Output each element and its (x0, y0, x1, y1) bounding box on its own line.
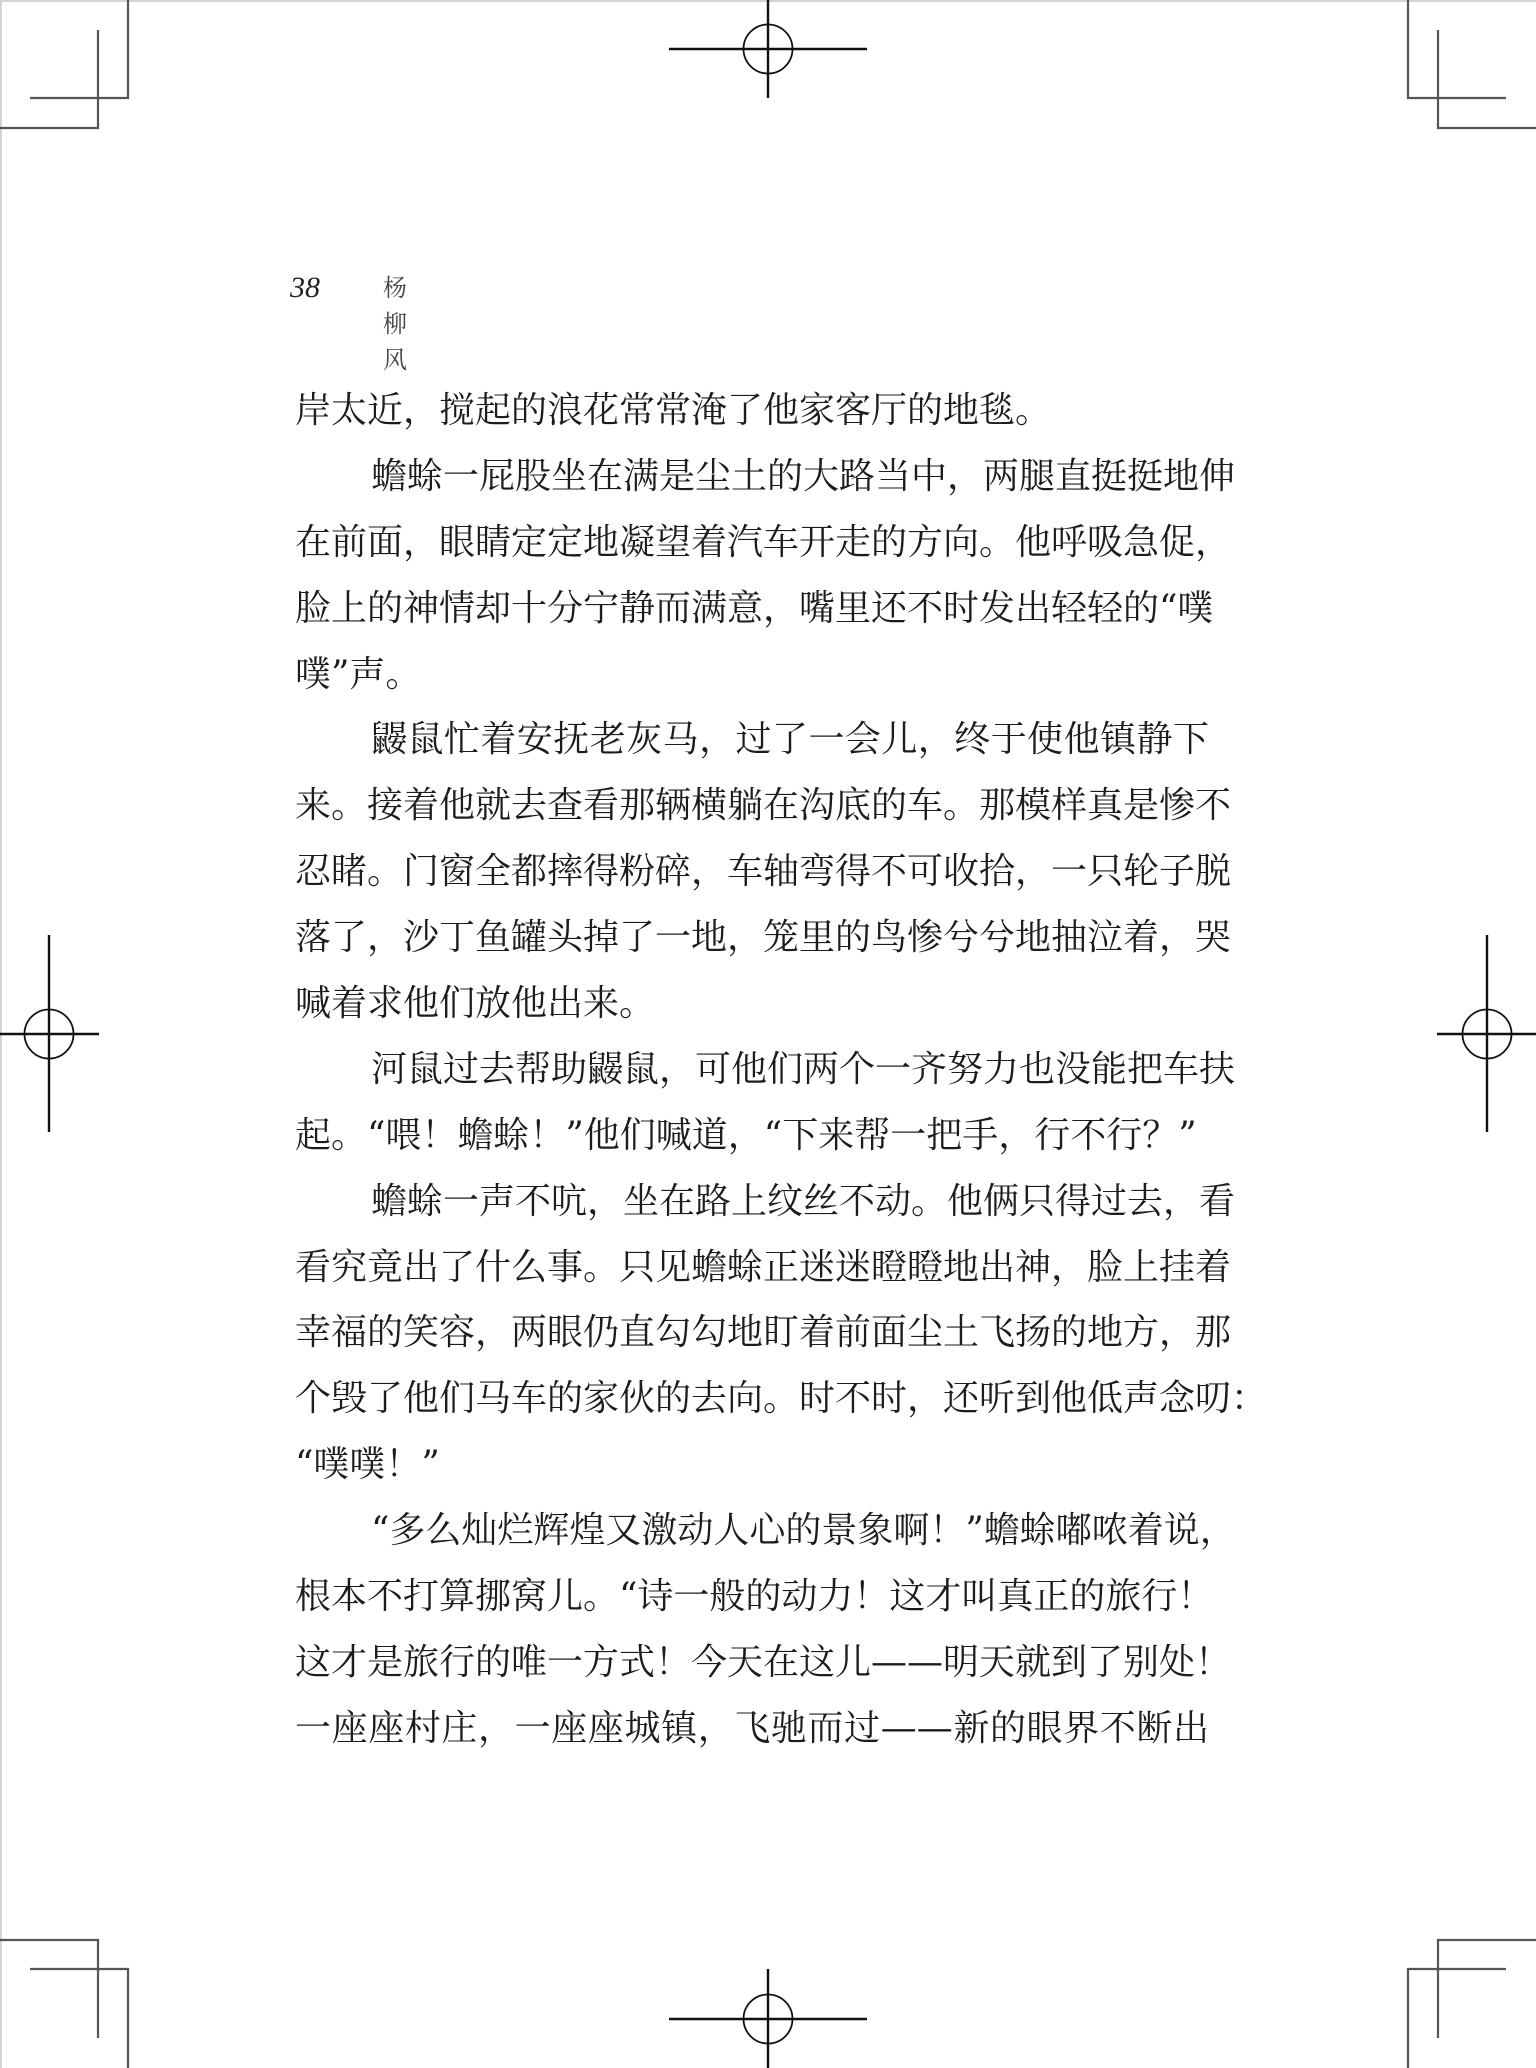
text-line: 来。接着他就去查看那辆横躺在沟底的车。那模样真是惨不 (295, 779, 1209, 845)
text-line: 幸福的笑容，两眼仍直勾勾地盯着前面尘土飞扬的地方，那 (295, 1306, 1209, 1372)
text-line: 根本不打算挪窝儿。“诗一般的动力！这才叫真正的旅行！ (295, 1570, 1209, 1636)
text-line: 噗”声。 (295, 648, 1209, 714)
registration-mark-top-icon (669, 0, 867, 98)
text-line: 起。“喂！蟾蜍！”他们喊道，“下来帮一把手，行不行？” (295, 1109, 1209, 1175)
text-line: 河鼠过去帮助鼹鼠，可他们两个一齐努力也没能把车扶 (295, 1043, 1209, 1109)
text-line: 看究竟出了什么事。只见蟾蜍正迷迷瞪瞪地出神，脸上挂着 (295, 1241, 1209, 1307)
crop-mark-top-right-icon (1408, 0, 1536, 128)
text-line: “噗噗！” (295, 1438, 1209, 1504)
registration-mark-bottom-icon (669, 1969, 867, 2068)
text-line: 一座座村庄，一座座城镇，飞驰而过——新的眼界不断出 (295, 1702, 1209, 1768)
crop-mark-bottom-right-icon (1408, 1940, 1536, 2068)
crop-mark-bottom-left-icon (0, 1940, 128, 2068)
text-line: 喊着求他们放他出来。 (295, 977, 1209, 1043)
page-number: 38 (290, 268, 320, 308)
text-line: 蟾蜍一声不吭，坐在路上纹丝不动。他俩只得过去，看 (295, 1175, 1209, 1241)
crop-mark-top-left-icon (0, 0, 128, 128)
running-title: 杨柳风 (383, 270, 413, 378)
text-line: 个毁了他们马车的家伙的去向。时不时，还听到他低声念叨： (295, 1372, 1209, 1438)
text-line: 忍睹。门窗全都摔得粉碎，车轴弯得不可收拾，一只轮子脱 (295, 845, 1209, 911)
text-line: 在前面，眼睛定定地凝望着汽车开走的方向。他呼吸急促， (295, 516, 1209, 582)
registration-mark-right-icon (1437, 935, 1536, 1132)
text-line: 岸太近，搅起的浪花常常淹了他家客厅的地毯。 (295, 384, 1209, 450)
text-line: “多么灿烂辉煌又激动人心的景象啊！”蟾蜍嘟哝着说， (295, 1504, 1209, 1570)
text-line: 这才是旅行的唯一方式！今天在这儿——明天就到了别处！ (295, 1636, 1209, 1702)
text-line: 落了，沙丁鱼罐头掉了一地，笼里的鸟惨兮兮地抽泣着，哭 (295, 911, 1209, 977)
text-line: 鼹鼠忙着安抚老灰马，过了一会儿，终于使他镇静下 (295, 713, 1209, 779)
registration-mark-left-icon (0, 935, 99, 1132)
text-line: 蟾蜍一屁股坐在满是尘土的大路当中，两腿直挺挺地伸 (295, 450, 1209, 516)
body-text: 岸太近，搅起的浪花常常淹了他家客厅的地毯。 蟾蜍一屁股坐在满是尘土的大路当中，两… (295, 384, 1209, 1768)
text-line: 脸上的神情却十分宁静而满意，嘴里还不时发出轻轻的“噗 (295, 582, 1209, 648)
